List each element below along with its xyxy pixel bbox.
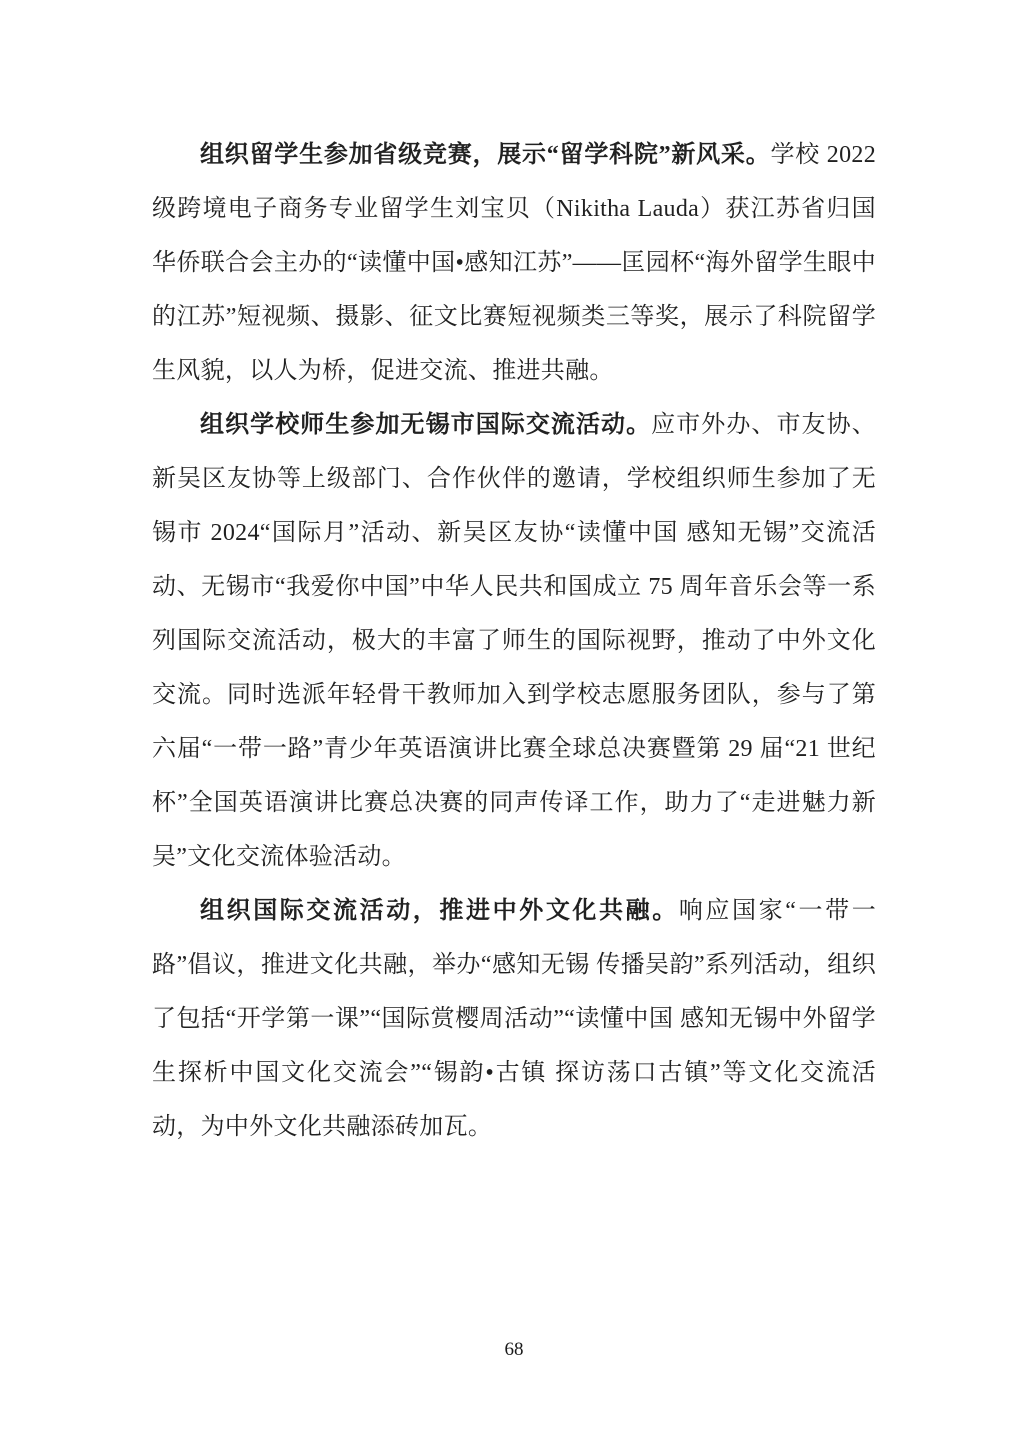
paragraph-3-lead: 组织国际交流活动，推进中外文化共融。 [200, 898, 679, 924]
page-footer: 68 [152, 1338, 876, 1362]
paragraph-2-lead: 组织学校师生参加无锡市国际交流活动。 [200, 412, 651, 438]
paragraph-2: 组织学校师生参加无锡市国际交流活动。应市外办、市友协、新吴区友协等上级部门、合作… [152, 398, 876, 884]
text-block: 组织留学生参加省级竞赛，展示“留学科院”新风采。学校 2022 级跨境电子商务专… [152, 128, 876, 1154]
paragraph-1-lead: 组织留学生参加省级竞赛，展示“留学科院”新风采。 [200, 142, 770, 168]
paragraph-1-body: 学校 2022 级跨境电子商务专业留学生刘宝贝（Nikitha Lauda）获江… [152, 142, 876, 384]
paragraph-1: 组织留学生参加省级竞赛，展示“留学科院”新风采。学校 2022 级跨境电子商务专… [152, 128, 876, 398]
page-number: 68 [505, 1339, 524, 1360]
document-page: 组织留学生参加省级竞赛，展示“留学科院”新风采。学校 2022 级跨境电子商务专… [0, 0, 1024, 1448]
paragraph-3: 组织国际交流活动，推进中外文化共融。响应国家“一带一路”倡议，推进文化共融，举办… [152, 884, 876, 1154]
paragraph-2-body: 应市外办、市友协、新吴区友协等上级部门、合作伙伴的邀请，学校组织师生参加了无锡市… [152, 412, 876, 870]
paragraph-3-body: 响应国家“一带一路”倡议，推进文化共融，举办“感知无锡 传播吴韵”系列活动，组织… [152, 898, 876, 1140]
